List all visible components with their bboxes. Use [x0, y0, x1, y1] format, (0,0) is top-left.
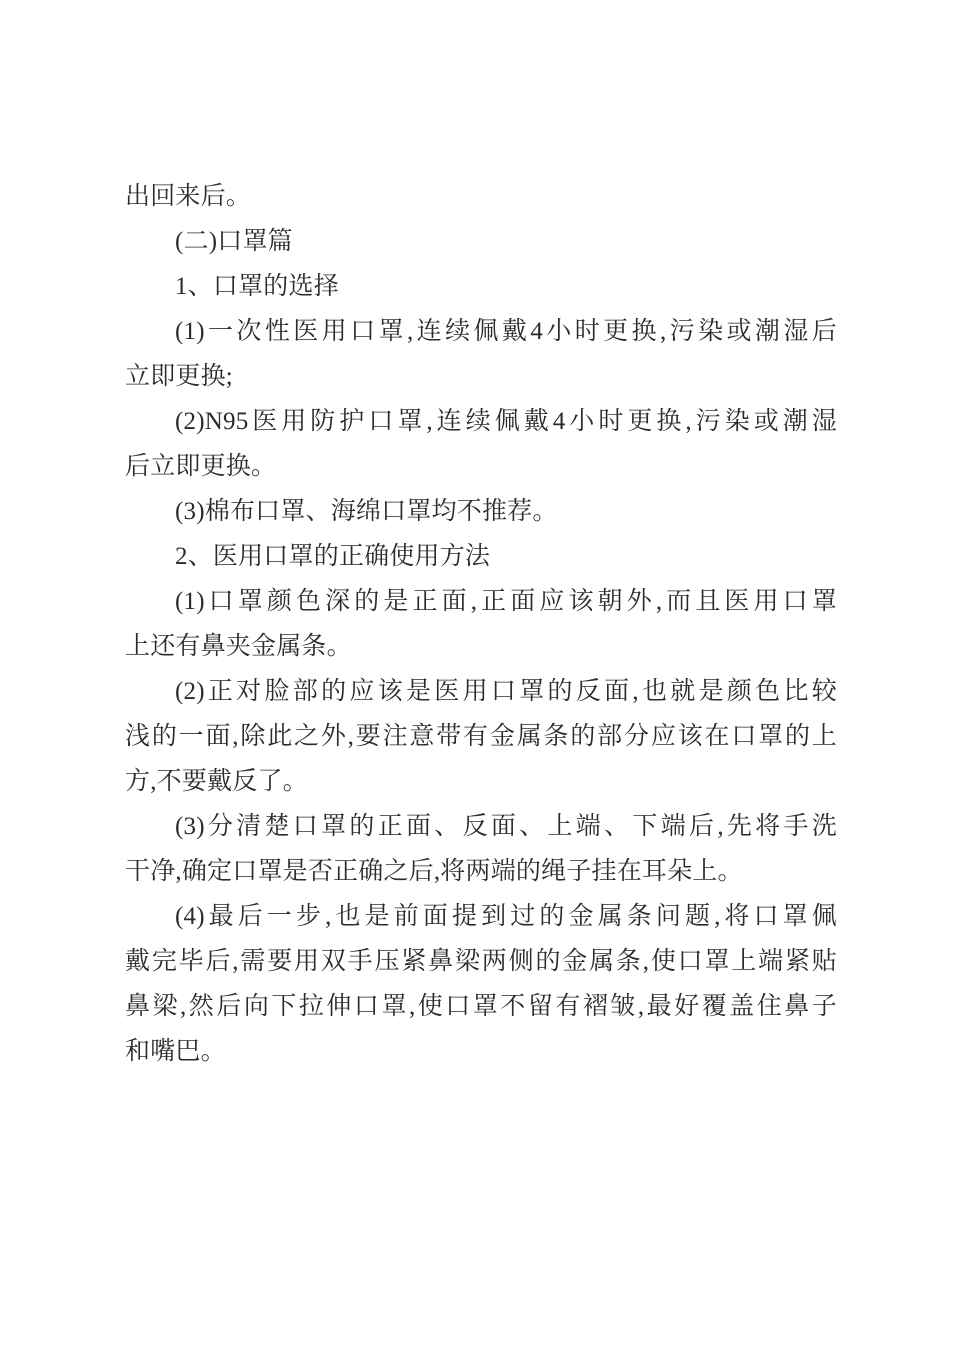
text-line: 方,不要戴反了。 [125, 759, 837, 804]
text-line: 干净,确定口罩是否正确之后,将两端的绳子挂在耳朵上。 [125, 849, 837, 894]
text-line: 鼻梁,然后向下拉伸口罩,使口罩不留有褶皱,最好覆盖住鼻子 [125, 984, 837, 1029]
text-line: (1)口罩颜色深的是正面,正面应该朝外,而且医用口罩 [125, 579, 837, 624]
text-line: (2)正对脸部的应该是医用口罩的反面,也就是颜色比较 [125, 669, 837, 714]
text-line: (4)最后一步,也是前面提到过的金属条问题,将口罩佩 [125, 894, 837, 939]
document-text-block: 出回来后。 (二)口罩篇 1、口罩的选择 (1)一次性医用口罩,连续佩戴4小时更… [125, 174, 837, 1074]
text-line: (3)分清楚口罩的正面、反面、上端、下端后,先将手洗 [125, 804, 837, 849]
text-line: 2、医用口罩的正确使用方法 [125, 534, 837, 579]
text-line: (二)口罩篇 [125, 219, 837, 264]
text-line: (2)N95医用防护口罩,连续佩戴4小时更换,污染或潮湿 [125, 399, 837, 444]
text-line: 戴完毕后,需要用双手压紧鼻梁两侧的金属条,使口罩上端紧贴 [125, 939, 837, 984]
text-line: 1、口罩的选择 [125, 264, 837, 309]
text-line: 浅的一面,除此之外,要注意带有金属条的部分应该在口罩的上 [125, 714, 837, 759]
text-line: 立即更换; [125, 354, 837, 399]
text-line: (3)棉布口罩、海绵口罩均不推荐。 [125, 489, 837, 534]
text-line: 和嘴巴。 [125, 1029, 837, 1074]
document-page: 出回来后。 (二)口罩篇 1、口罩的选择 (1)一次性医用口罩,连续佩戴4小时更… [0, 0, 960, 1357]
text-line: 后立即更换。 [125, 444, 837, 489]
text-line: 出回来后。 [125, 174, 837, 219]
text-line: 上还有鼻夹金属条。 [125, 624, 837, 669]
text-line: (1)一次性医用口罩,连续佩戴4小时更换,污染或潮湿后 [125, 309, 837, 354]
